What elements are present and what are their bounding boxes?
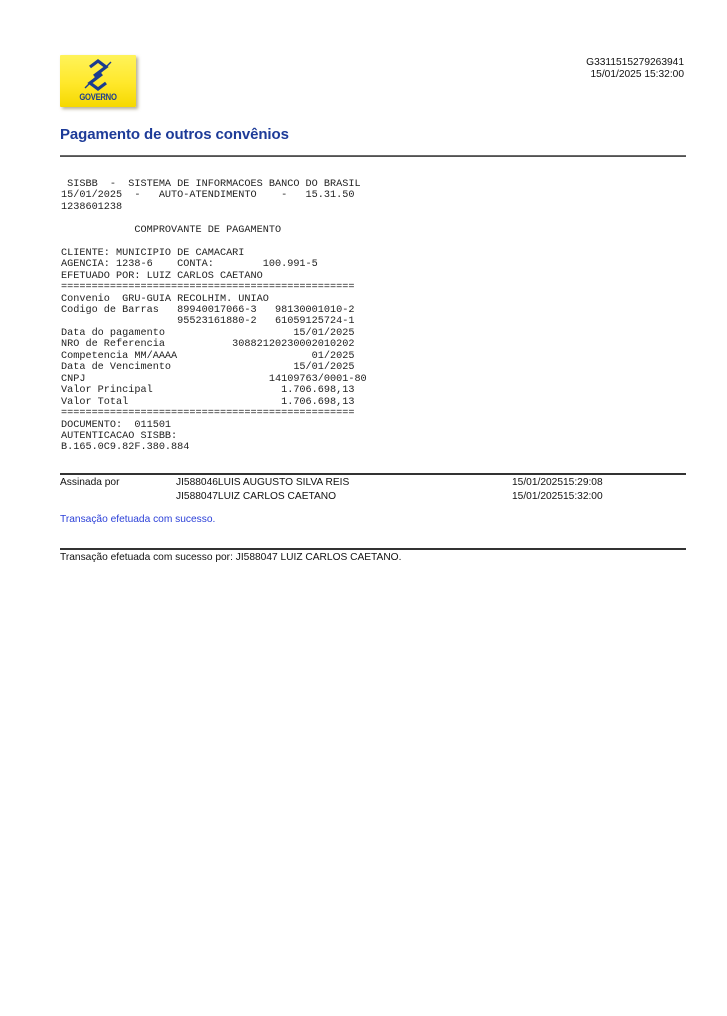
signer-name: JI588046LUIS AUGUSTO SILVA REIS: [176, 477, 349, 488]
payment-receipt: SISBB - SISTEMA DE INFORMACOES BANCO DO …: [61, 179, 367, 454]
reference-code: G3311515279263941: [586, 57, 684, 69]
signature-datetime: 15/01/202515:29:08: [512, 477, 603, 488]
banco-do-brasil-governo-logo: GOVERNO: [60, 55, 136, 107]
signature-divider: [60, 473, 686, 475]
signed-by-label: Assinada por: [60, 477, 119, 488]
footer-divider: [60, 548, 686, 550]
logo-text: GOVERNO: [66, 92, 131, 102]
document-reference: G3311515279263941 15/01/2025 15:32:00: [586, 57, 684, 81]
page-title: Pagamento de outros convênios: [60, 126, 289, 143]
issue-datetime: 15/01/2025 15:32:00: [586, 69, 684, 81]
title-divider: [60, 155, 686, 157]
signer-name: JI588047LUIZ CARLOS CAETANO: [176, 491, 336, 502]
signature-datetime: 15/01/202515:32:00: [512, 491, 603, 502]
success-message: Transação efetuada com sucesso.: [60, 514, 215, 525]
banco-do-brasil-icon: [82, 58, 114, 92]
footer-confirmation: Transação efetuada com sucesso por: JI58…: [60, 552, 401, 563]
